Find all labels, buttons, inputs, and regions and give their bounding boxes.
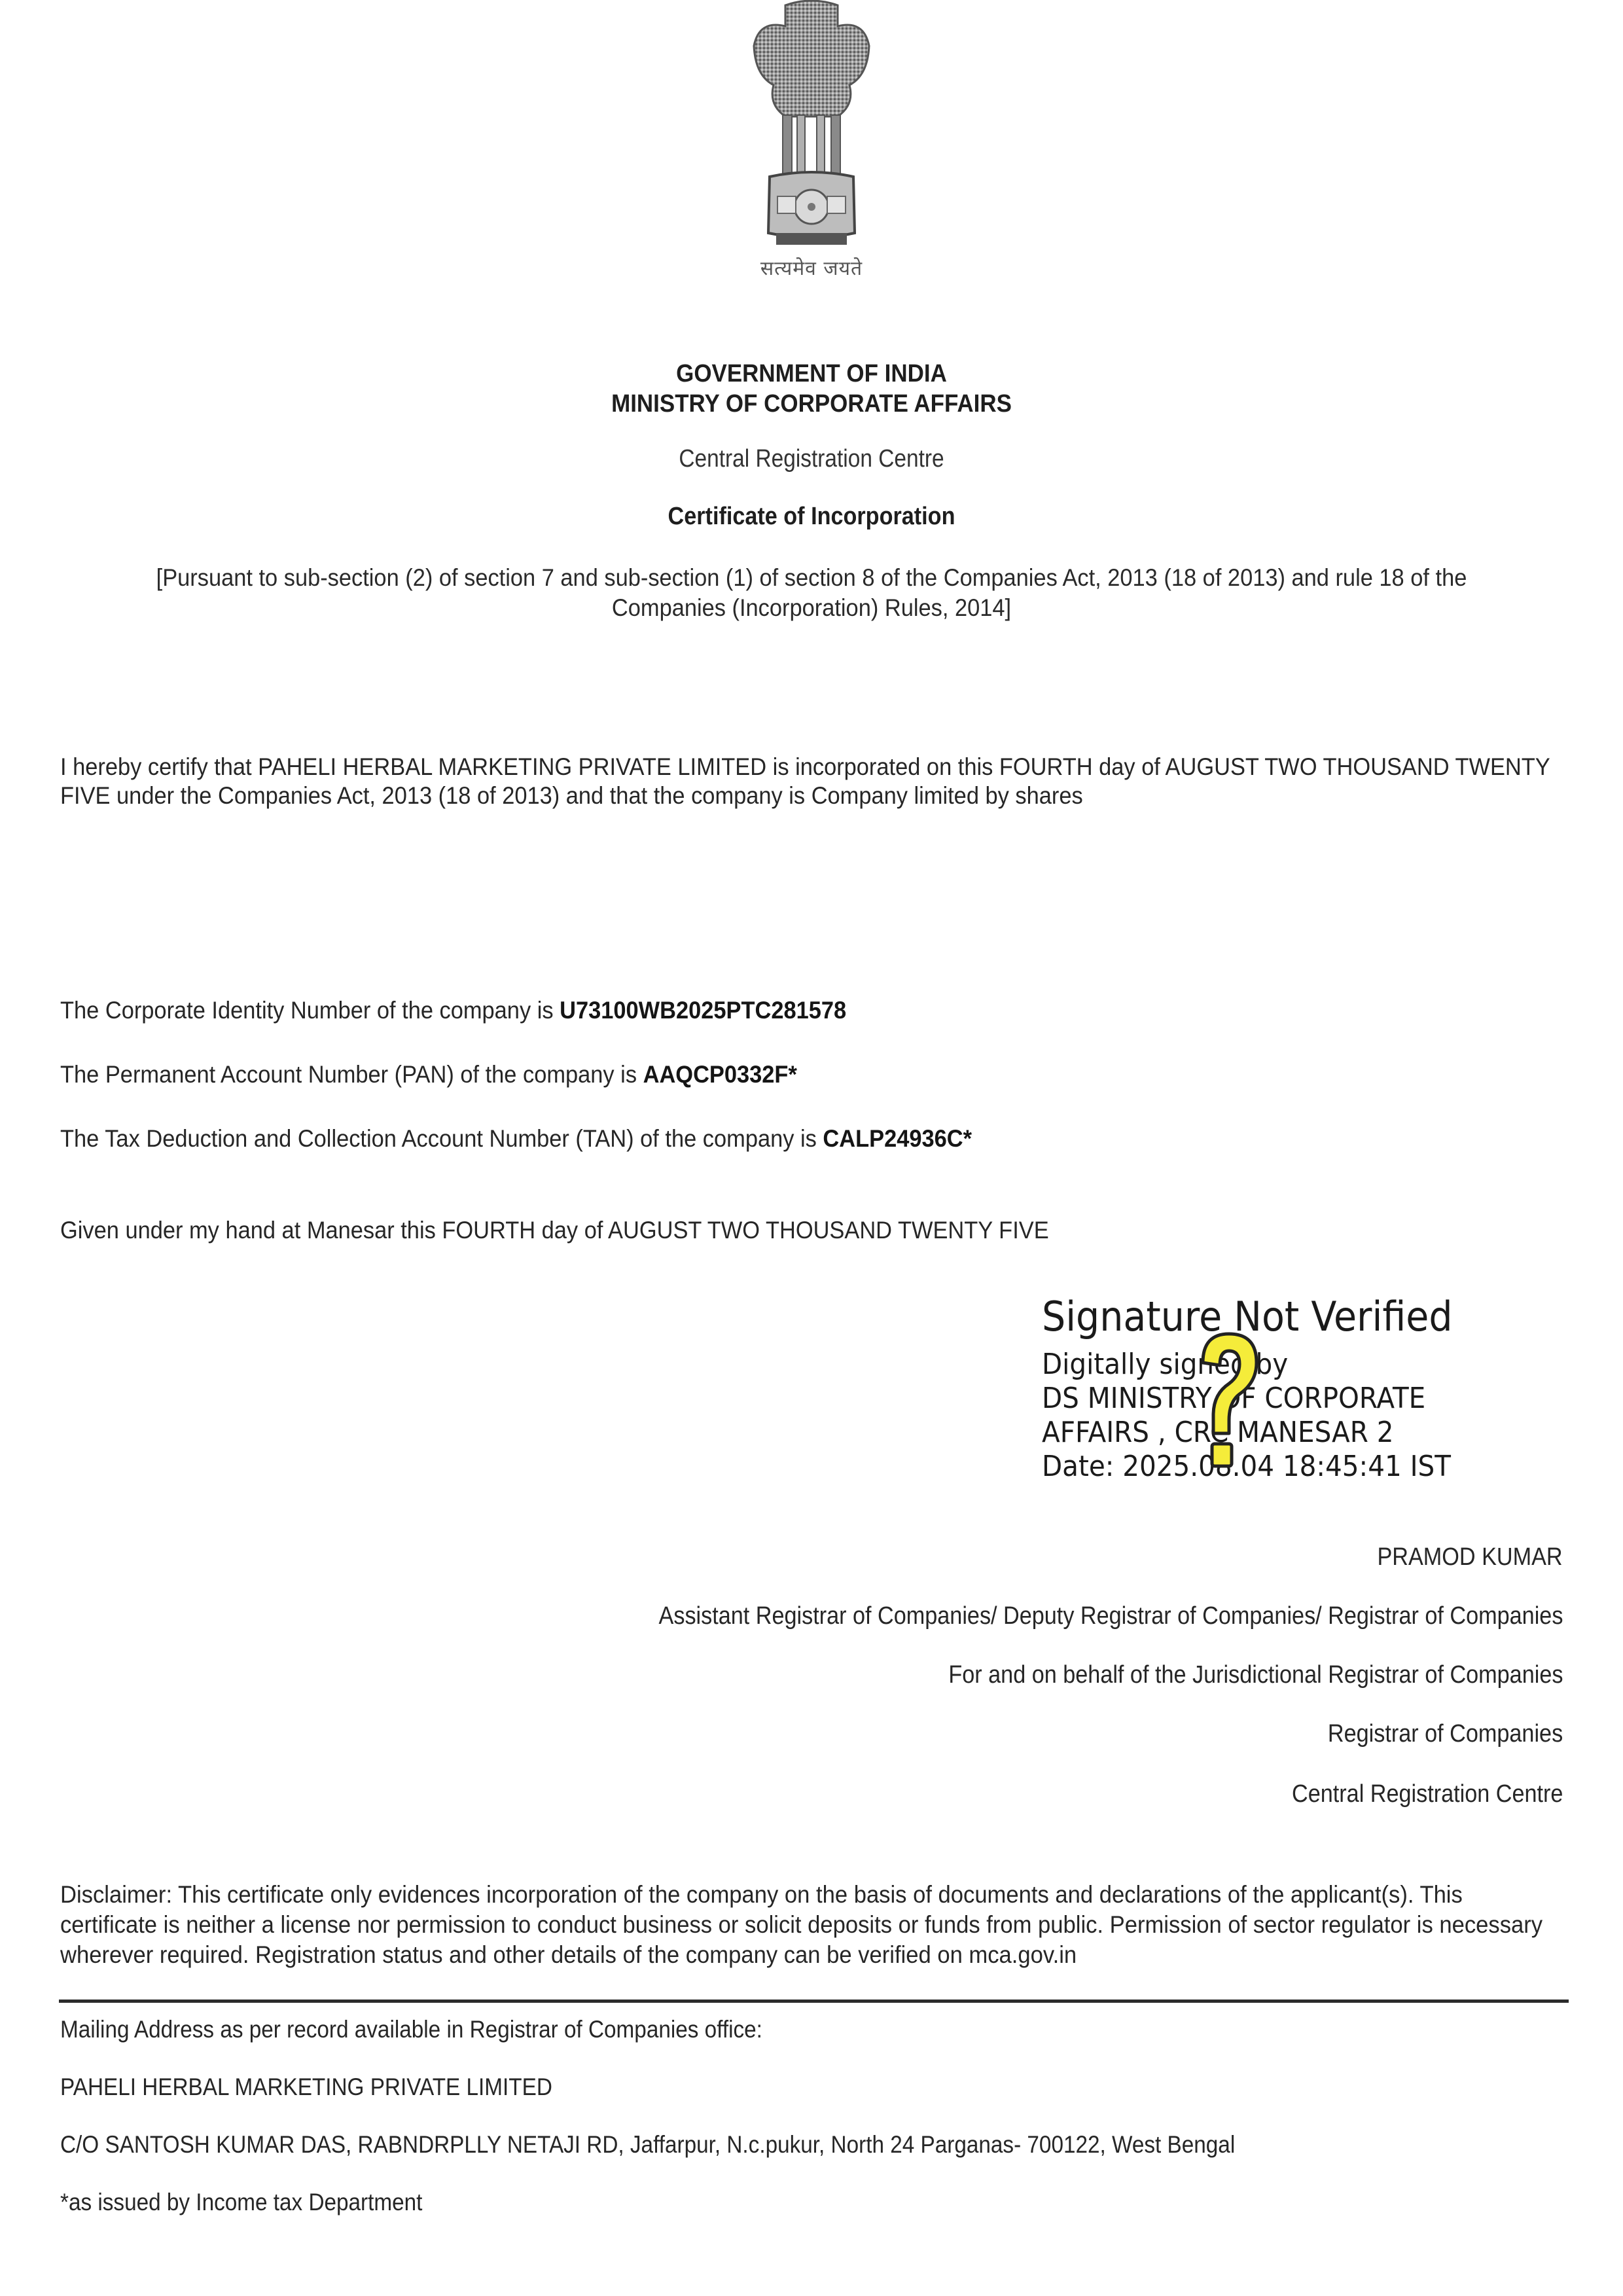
- pan-value: AAQCP0332F*: [643, 1061, 797, 1088]
- mca-link[interactable]: mca.gov.in: [969, 1941, 1077, 1968]
- tan-value: CALP24936C*: [823, 1125, 972, 1152]
- digital-signature-block[interactable]: Signature Not Verified Digitally signed …: [1042, 1293, 1565, 1484]
- ministry-name: MINISTRY OF CORPORATE AFFAIRS: [65, 389, 1558, 419]
- signature-date: Date: 2025.08.04 18:45:41 IST: [1042, 1450, 1524, 1484]
- signature-line-1: Digitally signed by: [1042, 1348, 1524, 1382]
- registrar-designation: Assistant Registrar of Companies/ Deputy…: [658, 1602, 1563, 1630]
- given-under-hand: Given under my hand at Manesar this FOUR…: [60, 1216, 1472, 1245]
- office-name: Central Registration Centre: [98, 445, 1525, 473]
- cin-value: U73100WB2025PTC281578: [560, 997, 846, 1024]
- government-heading: GOVERNMENT OF INDIA MINISTRY OF CORPORAT…: [65, 359, 1558, 419]
- government-of-india: GOVERNMENT OF INDIA: [65, 359, 1558, 389]
- registrar-office: Registrar of Companies: [1328, 1720, 1563, 1748]
- question-mark-icon: [1191, 1329, 1263, 1479]
- pursuant-clause: [Pursuant to sub-section (2) of section …: [118, 563, 1505, 623]
- tan-label: The Tax Deduction and Collection Account…: [60, 1125, 823, 1152]
- mailing-address: C/O SANTOSH KUMAR DAS, RABNDRPLLY NETAJI…: [60, 2131, 1235, 2159]
- certificate-title: Certificate of Incorporation: [81, 503, 1542, 531]
- signature-line-2: DS MINISTRY OF CORPORATE: [1042, 1382, 1524, 1416]
- registrar-centre: Central Registration Centre: [1292, 1780, 1563, 1808]
- disclaimer: Disclaimer: This certificate only eviden…: [60, 1880, 1565, 1970]
- registrar-behalf: For and on behalf of the Jurisdictional …: [948, 1661, 1563, 1689]
- pan-label: The Permanent Account Number (PAN) of th…: [60, 1061, 643, 1088]
- state-emblem-of-india-icon: [740, 0, 883, 249]
- mailing-heading: Mailing Address as per record available …: [60, 2016, 762, 2043]
- emblem-motto: सत्यमेव जयते: [713, 254, 910, 281]
- cin-row: The Corporate Identity Number of the com…: [60, 996, 1472, 1025]
- divider: [59, 2000, 1569, 2003]
- footnote: *as issued by Income tax Department: [60, 2189, 422, 2216]
- pan-row: The Permanent Account Number (PAN) of th…: [60, 1060, 1472, 1089]
- registrar-name: PRAMOD KUMAR: [1378, 1543, 1563, 1571]
- signature-line-3: AFFAIRS , CRC MANESAR 2: [1042, 1416, 1524, 1450]
- certification-text: I hereby certify that PAHELI HERBAL MARK…: [60, 753, 1558, 810]
- mailing-company: PAHELI HERBAL MARKETING PRIVATE LIMITED: [60, 2073, 552, 2101]
- signature-details: Digitally signed by DS MINISTRY OF CORPO…: [1042, 1348, 1524, 1484]
- signature-status: Signature Not Verified: [1042, 1293, 1524, 1341]
- cin-label: The Corporate Identity Number of the com…: [60, 997, 560, 1024]
- tan-row: The Tax Deduction and Collection Account…: [60, 1124, 1472, 1153]
- disclaimer-text: Disclaimer: This certificate only eviden…: [60, 1881, 1543, 1968]
